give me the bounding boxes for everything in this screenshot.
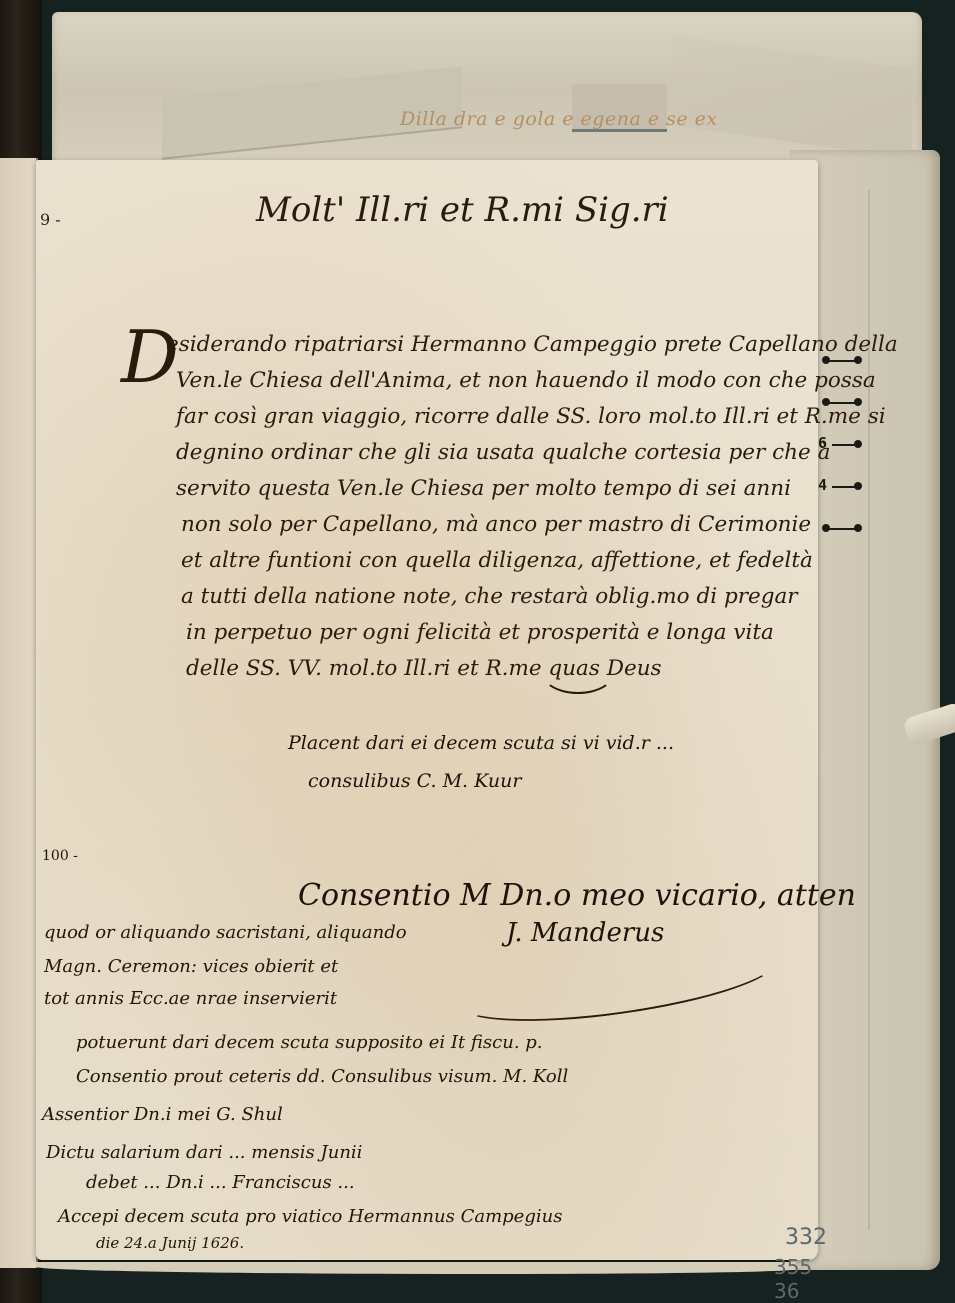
margin-mark <box>818 392 868 434</box>
body-line: esiderando ripatriarsi Hermanno Campeggi… <box>166 332 898 357</box>
back-sheet-note: Dilla dra e gola e egena e se ex <box>400 108 718 130</box>
archive-stamp-355: 355 36 <box>774 1255 812 1303</box>
body-line: in perpetuo per ogni felicità et prosper… <box>186 620 774 645</box>
body-line: non solo per Capellano, mà anco per mast… <box>181 512 811 537</box>
receipt-date: die 24.a Junij 1626. <box>96 1234 244 1252</box>
body-line: et altre funtioni con quella diligenza, … <box>181 548 813 573</box>
decree-signature: consulibus C. M. Kuur <box>308 770 521 792</box>
manuscript-scan: Dilla dra e gola e egena e se ex 9 - Mol… <box>0 0 955 1303</box>
consent-line: quod or aliquando sacristani, aliquando <box>44 922 407 943</box>
paper-tear <box>672 35 912 159</box>
margin-mark: 6 <box>818 434 868 476</box>
signature-manderus: J. Manderus <box>506 918 664 948</box>
consent-line: tot annis Ecc.ae nrae inservierit <box>44 988 337 1009</box>
margin-tick-marks: 6 4 <box>818 350 868 560</box>
body-line: degnino ordinar che gli sia usata qualch… <box>176 440 830 465</box>
consent-heading: Consentio M Dn.o meo vicario, atten <box>298 878 856 913</box>
folio-number: 9 - <box>40 210 61 229</box>
note-line: potuerunt dari decem scuta supposito ei … <box>76 1032 543 1053</box>
body-line: far così gran viaggio, ricorre dalle SS.… <box>176 404 886 429</box>
drop-cap: D <box>121 315 179 399</box>
salutation: Molt' Ill.ri et R.mi Sig.ri <box>256 190 669 230</box>
margin-mark <box>818 350 868 392</box>
receipt-line: Accepi decem scuta pro viatico Hermannus… <box>58 1206 562 1227</box>
margin-mark: 4 <box>818 476 868 518</box>
margin-mark <box>818 518 868 560</box>
letter-page: 9 - Molt' Ill.ri et R.mi Sig.ri D esider… <box>36 160 818 1260</box>
closing-flourish <box>541 650 615 694</box>
note-line: Dictu salarium dari ... mensis Junii <box>46 1142 362 1163</box>
note-line: Consentio prout ceteris dd. Consulibus v… <box>76 1066 568 1087</box>
decree-line: Placent dari ei decem scuta si vi vid.r … <box>288 732 674 754</box>
note-line: Assentior Dn.i mei G. Shul <box>42 1104 283 1125</box>
archive-stamp-332: 332 <box>785 1225 827 1250</box>
body-line: a tutti della natione note, che restarà … <box>181 584 798 609</box>
left-page-edge <box>0 158 38 1268</box>
body-line: Ven.le Chiesa dell'Anima, et non hauendo… <box>176 368 876 393</box>
note-line: debet ... Dn.i ... Franciscus ... <box>86 1172 355 1193</box>
page-bottom-edge <box>36 1262 796 1274</box>
body-line: servito questa Ven.le Chiesa per molto t… <box>176 476 791 501</box>
margin-number: 100 - <box>42 848 78 864</box>
consent-line: Magn. Ceremon: vices obierit et <box>44 956 338 977</box>
